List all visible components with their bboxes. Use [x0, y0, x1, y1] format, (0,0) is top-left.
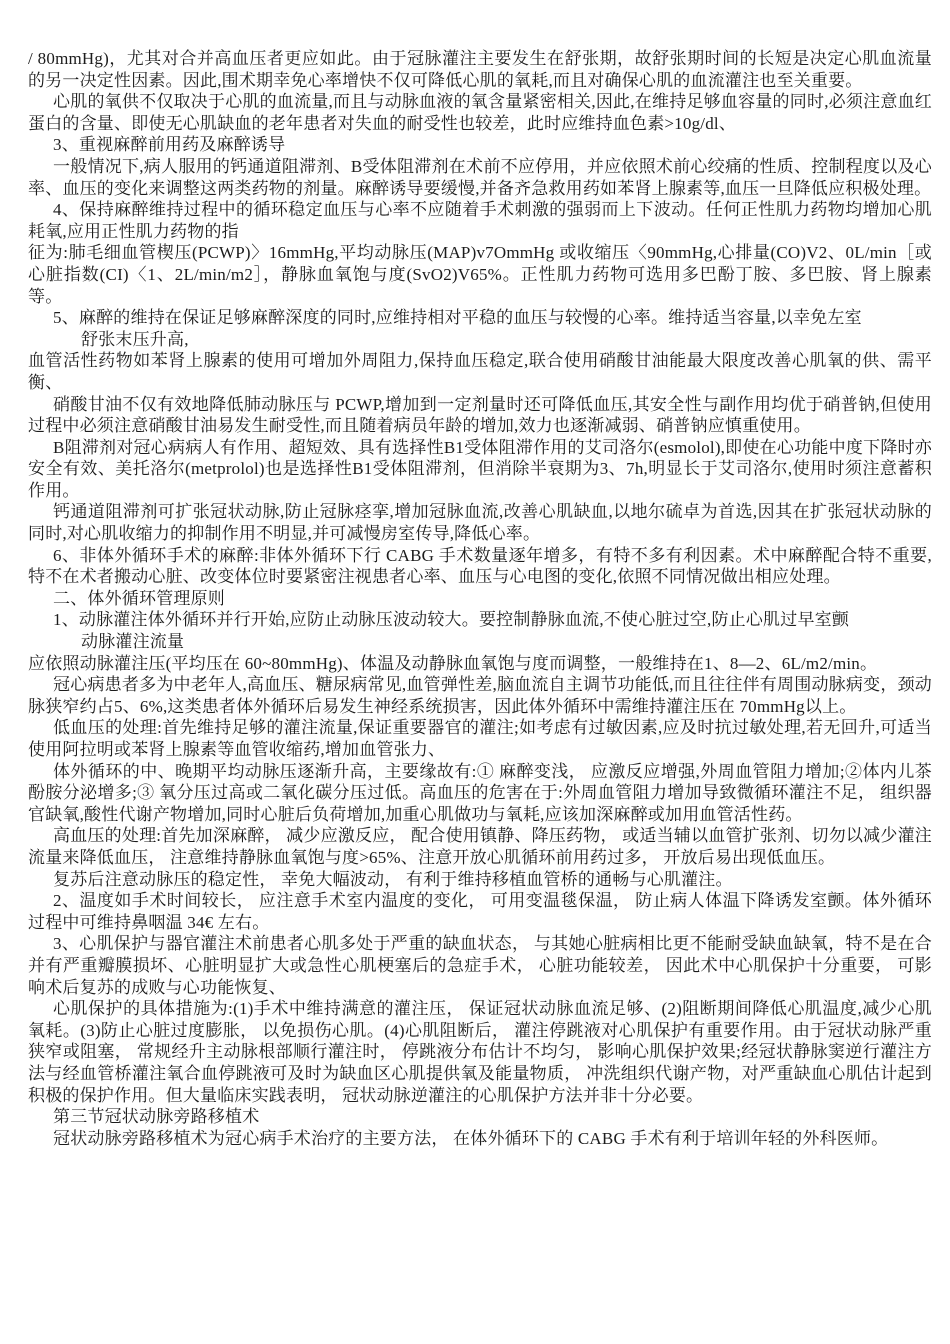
paragraph: B阻滞剂对冠心病病人有作用、超短效、具有选择性B1受体阻滞作用的艾司洛尔(esm…	[28, 437, 932, 502]
paragraph: 心肌的氧供不仅取决于心肌的血流量,而且与动脉血液的氧含量紧密相关,因此,在维持足…	[28, 91, 932, 134]
paragraph: 低血压的处理:首先维持足够的灌注流量,保证重要器官的灌注;如考虑有过敏因素,应及…	[28, 717, 932, 760]
paragraph: 冠状动脉旁路移植术为冠心病手术治疗的主要方法， 在体外循环下的 CABG 手术有…	[28, 1128, 932, 1150]
paragraph: / 80mmHg)，尤其对合并高血压者更应如此。由于冠脉灌注主要发生在舒张期，故…	[28, 48, 932, 91]
paragraph: 3、心肌保护与器官灌注术前患者心肌多处于严重的缺血状态， 与其她心脏病相比更不能…	[28, 933, 932, 998]
paragraph: 1、动脉灌注体外循环并行开始,应防止动脉压波动较大。要控制静脉血流,不使心脏过空…	[28, 609, 932, 631]
paragraph: 血管活性药物如苯肾上腺素的使用可增加外周阻力,保持血压稳定,联合使用硝酸甘油能最…	[28, 350, 932, 393]
paragraph: 硝酸甘油不仅有效地降低肺动脉压与 PCWP,增加到一定剂量时还可降低血压,其安全…	[28, 394, 932, 437]
paragraph: 一般情况下,病人服用的钙通道阻滞剂、B受体阻滞剂在术前不应停用，并应依照术前心绞…	[28, 156, 932, 199]
paragraph: 3、重视麻醉前用药及麻醉诱导	[28, 134, 932, 156]
paragraph: 高血压的处理:首先加深麻醉， 减少应激反应， 配合使用镇静、降压药物， 或适当辅…	[28, 825, 932, 868]
paragraph: 征为:肺毛细血管楔压(PCWP)〉16mmHg,平均动脉压(MAP)v7OmmH…	[28, 242, 932, 307]
paragraph: 复苏后注意动脉压的稳定性， 幸免大幅波动， 有利于维持移植血管桥的通畅与心肌灌注…	[28, 869, 932, 891]
paragraph: 5、麻醉的维持在保证足够麻醉深度的同时,应维持相对平稳的血压与较慢的心率。维持适…	[28, 307, 932, 329]
paragraph: 应依照动脉灌注压(平均压在 60~80mmHg)、体温及动静脉血氧饱与度而调整，…	[28, 653, 932, 675]
document-body: / 80mmHg)，尤其对合并高血压者更应如此。由于冠脉灌注主要发生在舒张期，故…	[28, 48, 932, 1149]
paragraph: 2、温度如手术时间较长， 应注意手术室内温度的变化， 可用变温毯保温， 防止病人…	[28, 890, 932, 933]
paragraph: 钙通道阻滞剂可扩张冠状动脉,防止冠脉痉挛,增加冠脉血流,改善心肌缺血,以地尔硫卓…	[28, 501, 932, 544]
paragraph: 4、保持麻醉维持过程中的循环稳定血压与心率不应随着手术刺激的强弱而上下波动。任何…	[28, 199, 932, 242]
document-page: / 80mmHg)，尤其对合并高血压者更应如此。由于冠脉灌注主要发生在舒张期，故…	[0, 0, 950, 1344]
paragraph: 动脉灌注流量	[28, 631, 932, 653]
paragraph: 第三节冠状动脉旁路移植术	[28, 1106, 932, 1128]
paragraph: 二、体外循环管理原则	[28, 588, 932, 610]
paragraph: 6、非体外循环手术的麻醉:非体外循环下行 CABG 手术数量逐年增多，有特不多有…	[28, 545, 932, 588]
paragraph: 体外循环的中、晚期平均动脉压逐渐升高，主要缘故有:① 麻醉变浅， 应激反应增强,…	[28, 761, 932, 826]
paragraph: 心肌保护的具体措施为:(1)手术中维持满意的灌注压， 保证冠状动脉血流足够、(2…	[28, 998, 932, 1106]
paragraph: 舒张末压升高,	[28, 329, 932, 351]
paragraph: 冠心病患者多为中老年人,高血压、糖尿病常见,血管弹性差,脑血流自主调节功能低,而…	[28, 674, 932, 717]
